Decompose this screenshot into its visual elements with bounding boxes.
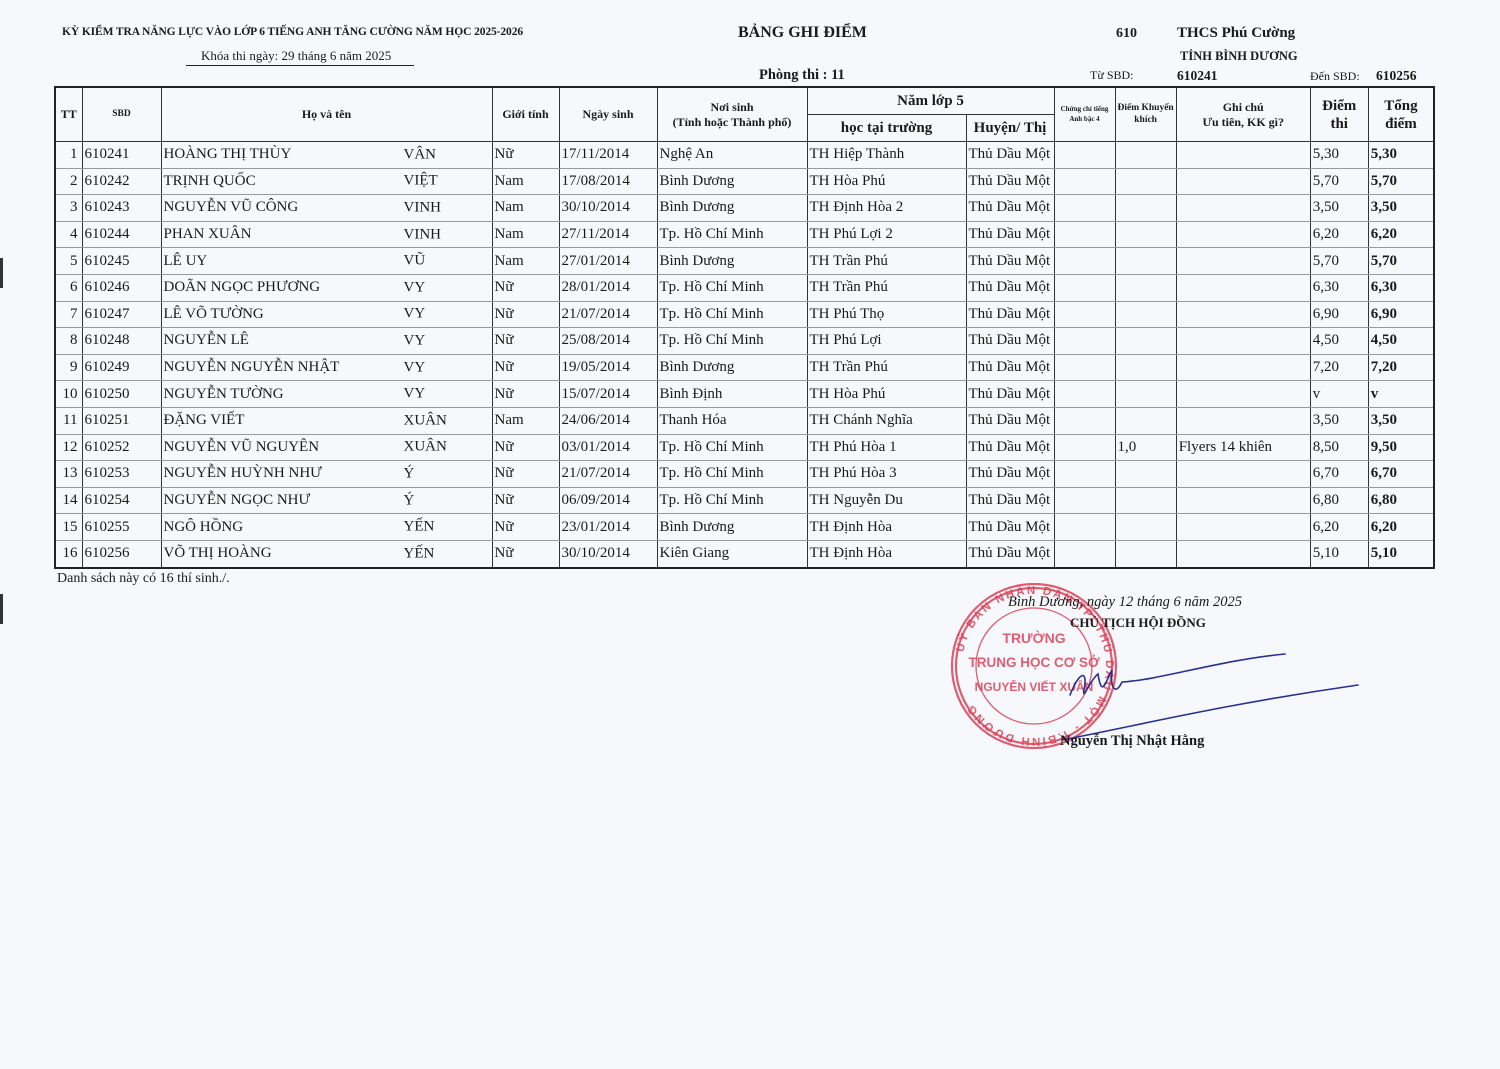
cell-note bbox=[1176, 487, 1310, 514]
cell-grade5-district: Thủ Dầu Một bbox=[966, 142, 1054, 169]
cell-bonus bbox=[1115, 461, 1176, 488]
cell-dob: 19/05/2014 bbox=[559, 354, 657, 381]
cell-tt: 3 bbox=[55, 195, 82, 222]
cell-dob: 21/07/2014 bbox=[559, 461, 657, 488]
cell-note bbox=[1176, 514, 1310, 541]
cell-sbd: 610252 bbox=[82, 434, 161, 461]
cell-bonus bbox=[1115, 407, 1176, 434]
cell-tt: 13 bbox=[55, 461, 82, 488]
cell-last-middle-name: NGUYỄN LÊ bbox=[164, 332, 249, 349]
cell-exam-score: 5,10 bbox=[1310, 540, 1368, 567]
cell-tt: 8 bbox=[55, 328, 82, 355]
col-header-exam-score-line2: thi bbox=[1313, 115, 1366, 133]
cell-full-name: TRỊNH QUỐC VIỆT bbox=[161, 168, 492, 195]
cell-sbd: 610256 bbox=[82, 540, 161, 567]
cell-total: 6,30 bbox=[1368, 274, 1434, 301]
cell-full-name: VÕ THỊ HOÀNG YẾN bbox=[161, 540, 492, 567]
cell-bonus bbox=[1115, 381, 1176, 408]
cell-bonus bbox=[1115, 328, 1176, 355]
cell-grade5-school: TH Trần Phú bbox=[807, 354, 966, 381]
cell-full-name: NGUYỄN NGỌC NHƯ Ý bbox=[161, 487, 492, 514]
cell-last-middle-name: NGUYỄN VŨ CÔNG bbox=[164, 199, 299, 216]
cell-gender: Nữ bbox=[492, 434, 559, 461]
cell-note bbox=[1176, 381, 1310, 408]
cell-exam-score: 3,50 bbox=[1310, 195, 1368, 222]
cell-bonus bbox=[1115, 301, 1176, 328]
cell-certificate bbox=[1054, 301, 1115, 328]
cell-dob: 17/08/2014 bbox=[559, 168, 657, 195]
cell-birthplace: Tp. Hồ Chí Minh bbox=[657, 301, 807, 328]
cell-exam-score: 6,80 bbox=[1310, 487, 1368, 514]
cell-grade5-district: Thủ Dầu Một bbox=[966, 514, 1054, 541]
cell-grade5-district: Thủ Dầu Một bbox=[966, 221, 1054, 248]
cell-grade5-school: TH Phú Hòa 1 bbox=[807, 434, 966, 461]
cell-grade5-school: TH Hòa Phú bbox=[807, 381, 966, 408]
cell-certificate bbox=[1054, 354, 1115, 381]
cell-total: 6,80 bbox=[1368, 487, 1434, 514]
cell-total: 5,10 bbox=[1368, 540, 1434, 567]
cell-gender: Nam bbox=[492, 248, 559, 275]
cell-total: 7,20 bbox=[1368, 354, 1434, 381]
col-header-note-line1: Ghi chú bbox=[1179, 100, 1308, 114]
cell-birthplace: Bình Dương bbox=[657, 354, 807, 381]
cell-tt: 12 bbox=[55, 434, 82, 461]
cell-birthplace: Tp. Hồ Chí Minh bbox=[657, 274, 807, 301]
cell-sbd: 610247 bbox=[82, 301, 161, 328]
cell-given-name: VY bbox=[404, 386, 426, 403]
scan-edge-mark bbox=[0, 258, 3, 288]
cell-dob: 03/01/2014 bbox=[559, 434, 657, 461]
cell-grade5-school: TH Định Hòa bbox=[807, 514, 966, 541]
cell-dob: 06/09/2014 bbox=[559, 487, 657, 514]
cell-tt: 4 bbox=[55, 221, 82, 248]
sheet-title: BẢNG GHI ĐIỂM bbox=[738, 24, 867, 42]
cell-total: 9,50 bbox=[1368, 434, 1434, 461]
cell-tt: 2 bbox=[55, 168, 82, 195]
cell-birthplace: Nghệ An bbox=[657, 142, 807, 169]
cell-dob: 24/06/2014 bbox=[559, 407, 657, 434]
province: TỈNH BÌNH DƯƠNG bbox=[1180, 49, 1298, 64]
cell-bonus bbox=[1115, 221, 1176, 248]
cell-exam-score: 7,20 bbox=[1310, 354, 1368, 381]
cell-certificate bbox=[1054, 142, 1115, 169]
cell-certificate bbox=[1054, 434, 1115, 461]
cell-note bbox=[1176, 328, 1310, 355]
table-row: 2 610242 TRỊNH QUỐC VIỆT Nam 17/08/2014 … bbox=[55, 168, 1434, 195]
scan-edge-mark bbox=[0, 594, 3, 624]
cell-grade5-school: TH Định Hòa bbox=[807, 540, 966, 567]
cell-sbd: 610254 bbox=[82, 487, 161, 514]
cell-birthplace: Bình Dương bbox=[657, 248, 807, 275]
cell-bonus bbox=[1115, 142, 1176, 169]
cell-full-name: LÊ VÕ TƯỜNG VY bbox=[161, 301, 492, 328]
col-header-note-line2: Ưu tiên, KK gì? bbox=[1179, 115, 1308, 129]
cell-gender: Nữ bbox=[492, 381, 559, 408]
cell-given-name: YẾN bbox=[404, 519, 435, 536]
cell-given-name: VY bbox=[404, 332, 426, 349]
cell-sbd: 610255 bbox=[82, 514, 161, 541]
col-header-birthplace: Nơi sinh (Tỉnh hoặc Thành phố) bbox=[657, 87, 807, 142]
cell-gender: Nữ bbox=[492, 461, 559, 488]
cell-last-middle-name: NGUYỄN NGỌC NHƯ bbox=[164, 492, 311, 509]
cell-grade5-district: Thủ Dầu Một bbox=[966, 354, 1054, 381]
score-table: TT SBD Họ và tên Giới tính Ngày sinh Nơi… bbox=[54, 86, 1435, 569]
cell-tt: 6 bbox=[55, 274, 82, 301]
cell-certificate bbox=[1054, 221, 1115, 248]
cell-full-name: PHAN XUÂN VINH bbox=[161, 221, 492, 248]
cell-note bbox=[1176, 248, 1310, 275]
cell-birthplace: Tp. Hồ Chí Minh bbox=[657, 461, 807, 488]
table-row: 7 610247 LÊ VÕ TƯỜNG VY Nữ 21/07/2014 Tp… bbox=[55, 301, 1434, 328]
cell-tt: 14 bbox=[55, 487, 82, 514]
cell-exam-score: 6,90 bbox=[1310, 301, 1368, 328]
cell-note bbox=[1176, 301, 1310, 328]
cell-full-name: NGUYỄN VŨ CÔNG VINH bbox=[161, 195, 492, 222]
col-header-bonus-line2: khích bbox=[1118, 115, 1174, 126]
cell-given-name: VINH bbox=[404, 226, 442, 243]
cell-birthplace: Tp. Hồ Chí Minh bbox=[657, 328, 807, 355]
cell-dob: 17/11/2014 bbox=[559, 142, 657, 169]
cell-bonus bbox=[1115, 540, 1176, 567]
cell-gender: Nam bbox=[492, 195, 559, 222]
cell-dob: 27/01/2014 bbox=[559, 248, 657, 275]
cell-grade5-district: Thủ Dầu Một bbox=[966, 434, 1054, 461]
cell-bonus bbox=[1115, 274, 1176, 301]
cell-exam-score: 5,70 bbox=[1310, 168, 1368, 195]
cell-note bbox=[1176, 407, 1310, 434]
cell-exam-score: 6,70 bbox=[1310, 461, 1368, 488]
table-row: 10 610250 NGUYỄN TƯỜNG VY Nữ 15/07/2014 … bbox=[55, 381, 1434, 408]
cell-last-middle-name: VÕ THỊ HOÀNG bbox=[164, 545, 272, 562]
cell-birthplace: Tp. Hồ Chí Minh bbox=[657, 487, 807, 514]
table-row: 16 610256 VÕ THỊ HOÀNG YẾN Nữ 30/10/2014… bbox=[55, 540, 1434, 567]
cell-last-middle-name: HOÀNG THỊ THÙY bbox=[164, 146, 292, 163]
council-code: 610 bbox=[1116, 26, 1137, 42]
table-row: 13 610253 NGUYỄN HUỲNH NHƯ Ý Nữ 21/07/20… bbox=[55, 461, 1434, 488]
cell-gender: Nam bbox=[492, 221, 559, 248]
cell-sbd: 610243 bbox=[82, 195, 161, 222]
table-row: 5 610245 LÊ UY VŨ Nam 27/01/2014 Bình Dư… bbox=[55, 248, 1434, 275]
cell-grade5-school: TH Phú Hòa 3 bbox=[807, 461, 966, 488]
cell-given-name: VY bbox=[404, 359, 426, 376]
cell-dob: 25/08/2014 bbox=[559, 328, 657, 355]
cell-dob: 28/01/2014 bbox=[559, 274, 657, 301]
cell-dob: 30/10/2014 bbox=[559, 195, 657, 222]
cell-exam-score: v bbox=[1310, 381, 1368, 408]
cell-gender: Nữ bbox=[492, 142, 559, 169]
cell-grade5-district: Thủ Dầu Một bbox=[966, 248, 1054, 275]
cell-tt: 7 bbox=[55, 301, 82, 328]
cell-gender: Nữ bbox=[492, 540, 559, 567]
cell-note bbox=[1176, 168, 1310, 195]
cell-gender: Nữ bbox=[492, 354, 559, 381]
cell-birthplace: Bình Định bbox=[657, 381, 807, 408]
cell-tt: 1 bbox=[55, 142, 82, 169]
cell-note bbox=[1176, 540, 1310, 567]
col-header-full-name: Họ và tên bbox=[161, 87, 492, 142]
col-header-grade5-school: học tại trường bbox=[807, 115, 966, 142]
cell-given-name: VÂN bbox=[404, 146, 437, 163]
cell-certificate bbox=[1054, 514, 1115, 541]
cell-full-name: NGUYỄN TƯỜNG VY bbox=[161, 381, 492, 408]
col-header-gender: Giới tính bbox=[492, 87, 559, 142]
cell-bonus bbox=[1115, 354, 1176, 381]
cell-note bbox=[1176, 461, 1310, 488]
cell-birthplace: Tp. Hồ Chí Minh bbox=[657, 434, 807, 461]
cell-full-name: HOÀNG THỊ THÙY VÂN bbox=[161, 142, 492, 169]
cell-dob: 30/10/2014 bbox=[559, 540, 657, 567]
cell-certificate bbox=[1054, 248, 1115, 275]
exam-date: Khóa thi ngày: 29 tháng 6 năm 2025 bbox=[186, 48, 414, 66]
cell-last-middle-name: LÊ VÕ TƯỜNG bbox=[164, 306, 264, 323]
cell-grade5-school: TH Hòa Phú bbox=[807, 168, 966, 195]
cell-sbd: 610246 bbox=[82, 274, 161, 301]
table-row: 12 610252 NGUYỄN VŨ NGUYÊN XUÂN Nữ 03/01… bbox=[55, 434, 1434, 461]
table-row: 4 610244 PHAN XUÂN VINH Nam 27/11/2014 T… bbox=[55, 221, 1434, 248]
cell-given-name: VIỆT bbox=[404, 173, 438, 190]
cell-grade5-school: TH Định Hòa 2 bbox=[807, 195, 966, 222]
cell-certificate bbox=[1054, 407, 1115, 434]
cell-sbd: 610251 bbox=[82, 407, 161, 434]
cell-sbd: 610248 bbox=[82, 328, 161, 355]
cell-tt: 9 bbox=[55, 354, 82, 381]
cell-dob: 23/01/2014 bbox=[559, 514, 657, 541]
cell-last-middle-name: DOÃN NGỌC PHƯƠNG bbox=[164, 279, 321, 296]
cell-certificate bbox=[1054, 461, 1115, 488]
col-header-certificate: Chứng chỉ tiếng Anh bậc 4 bbox=[1054, 87, 1115, 142]
sign-place-date: Bình Dương, ngày 12 tháng 6 năm 2025 bbox=[1008, 594, 1242, 611]
exam-room: Phòng thi : 11 bbox=[759, 67, 845, 84]
cell-note bbox=[1176, 195, 1310, 222]
cell-bonus bbox=[1115, 514, 1176, 541]
cell-grade5-district: Thủ Dầu Một bbox=[966, 461, 1054, 488]
cell-grade5-school: TH Trần Phú bbox=[807, 274, 966, 301]
cell-last-middle-name: NGUYỄN VŨ NGUYÊN bbox=[164, 439, 320, 456]
table-row: 11 610251 ĐẶNG VIẾT XUÂN Nam 24/06/2014 … bbox=[55, 407, 1434, 434]
cell-given-name: VY bbox=[404, 279, 426, 296]
cell-grade5-district: Thủ Dầu Một bbox=[966, 195, 1054, 222]
cell-gender: Nữ bbox=[492, 487, 559, 514]
table-row: 14 610254 NGUYỄN NGỌC NHƯ Ý Nữ 06/09/201… bbox=[55, 487, 1434, 514]
cell-birthplace: Tp. Hồ Chí Minh bbox=[657, 221, 807, 248]
cell-tt: 5 bbox=[55, 248, 82, 275]
cell-tt: 15 bbox=[55, 514, 82, 541]
table-row: 3 610243 NGUYỄN VŨ CÔNG VINH Nam 30/10/2… bbox=[55, 195, 1434, 222]
table-body: 1 610241 HOÀNG THỊ THÙY VÂN Nữ 17/11/201… bbox=[55, 142, 1434, 568]
cell-full-name: NGUYỄN VŨ NGUYÊN XUÂN bbox=[161, 434, 492, 461]
cell-certificate bbox=[1054, 540, 1115, 567]
cell-grade5-district: Thủ Dầu Một bbox=[966, 487, 1054, 514]
col-header-note: Ghi chú Ưu tiên, KK gì? bbox=[1176, 87, 1310, 142]
col-header-total: Tổng điểm bbox=[1368, 87, 1434, 142]
cell-birthplace: Thanh Hóa bbox=[657, 407, 807, 434]
cell-sbd: 610249 bbox=[82, 354, 161, 381]
cell-gender: Nữ bbox=[492, 328, 559, 355]
cell-grade5-district: Thủ Dầu Một bbox=[966, 540, 1054, 567]
col-header-total-line2: điểm bbox=[1371, 115, 1432, 133]
cell-total: 3,50 bbox=[1368, 407, 1434, 434]
to-sbd-value: 610256 bbox=[1376, 68, 1417, 84]
cell-grade5-district: Thủ Dầu Một bbox=[966, 381, 1054, 408]
col-header-birthplace-line2: (Tỉnh hoặc Thành phố) bbox=[660, 115, 805, 129]
cell-full-name: NGÔ HỒNG YẾN bbox=[161, 514, 492, 541]
candidate-count-note: Danh sách này có 16 thí sinh./. bbox=[57, 571, 230, 587]
col-header-bonus-line1: Điểm Khuyến bbox=[1118, 103, 1174, 114]
cell-certificate bbox=[1054, 168, 1115, 195]
school-name: THCS Phú Cường bbox=[1177, 25, 1295, 42]
cell-given-name: VŨ bbox=[404, 253, 426, 270]
cell-note: Flyers 14 khiên bbox=[1176, 434, 1310, 461]
cell-grade5-school: TH Phú Lợi 2 bbox=[807, 221, 966, 248]
cell-certificate bbox=[1054, 195, 1115, 222]
cell-last-middle-name: PHAN XUÂN bbox=[164, 226, 252, 243]
cell-total: v bbox=[1368, 381, 1434, 408]
col-header-grade5-group: Năm lớp 5 bbox=[807, 87, 1054, 115]
cell-total: 6,20 bbox=[1368, 514, 1434, 541]
cell-grade5-district: Thủ Dầu Một bbox=[966, 301, 1054, 328]
cell-last-middle-name: NGUYỄN HUỲNH NHƯ bbox=[164, 465, 322, 482]
col-header-dob: Ngày sinh bbox=[559, 87, 657, 142]
cell-sbd: 610245 bbox=[82, 248, 161, 275]
cell-last-middle-name: NGUYỄN NGUYỄN NHẬT bbox=[164, 359, 340, 376]
cell-last-middle-name: LÊ UY bbox=[164, 253, 208, 270]
table-row: 1 610241 HOÀNG THỊ THÙY VÂN Nữ 17/11/201… bbox=[55, 142, 1434, 169]
cell-full-name: NGUYỄN HUỲNH NHƯ Ý bbox=[161, 461, 492, 488]
cell-grade5-school: TH Phú Thọ bbox=[807, 301, 966, 328]
cell-certificate bbox=[1054, 381, 1115, 408]
cell-birthplace: Kiên Giang bbox=[657, 540, 807, 567]
col-header-tt: TT bbox=[55, 87, 82, 142]
cell-exam-score: 6,30 bbox=[1310, 274, 1368, 301]
cell-total: 5,70 bbox=[1368, 248, 1434, 275]
cell-bonus bbox=[1115, 487, 1176, 514]
cell-tt: 11 bbox=[55, 407, 82, 434]
cell-dob: 21/07/2014 bbox=[559, 301, 657, 328]
cell-grade5-school: TH Nguyễn Du bbox=[807, 487, 966, 514]
cell-last-middle-name: TRỊNH QUỐC bbox=[164, 173, 256, 190]
cell-total: 6,70 bbox=[1368, 461, 1434, 488]
cell-grade5-district: Thủ Dầu Một bbox=[966, 328, 1054, 355]
cell-dob: 15/07/2014 bbox=[559, 381, 657, 408]
cell-full-name: NGUYỄN LÊ VY bbox=[161, 328, 492, 355]
cell-gender: Nam bbox=[492, 407, 559, 434]
cell-last-middle-name: ĐẶNG VIẾT bbox=[164, 412, 245, 429]
cell-gender: Nữ bbox=[492, 274, 559, 301]
cell-gender: Nam bbox=[492, 168, 559, 195]
cell-certificate bbox=[1054, 487, 1115, 514]
cell-total: 3,50 bbox=[1368, 195, 1434, 222]
cell-grade5-district: Thủ Dầu Một bbox=[966, 407, 1054, 434]
cell-full-name: DOÃN NGỌC PHƯƠNG VY bbox=[161, 274, 492, 301]
cell-last-middle-name: NGÔ HỒNG bbox=[164, 519, 244, 536]
cell-tt: 16 bbox=[55, 540, 82, 567]
table-row: 9 610249 NGUYỄN NGUYỄN NHẬT VY Nữ 19/05/… bbox=[55, 354, 1434, 381]
table-row: 6 610246 DOÃN NGỌC PHƯƠNG VY Nữ 28/01/20… bbox=[55, 274, 1434, 301]
cell-exam-score: 5,30 bbox=[1310, 142, 1368, 169]
cell-total: 5,70 bbox=[1368, 168, 1434, 195]
cell-note bbox=[1176, 354, 1310, 381]
cell-note bbox=[1176, 142, 1310, 169]
cell-note bbox=[1176, 221, 1310, 248]
cell-sbd: 610244 bbox=[82, 221, 161, 248]
cell-bonus: 1,0 bbox=[1115, 434, 1176, 461]
cell-bonus bbox=[1115, 195, 1176, 222]
cell-exam-score: 4,50 bbox=[1310, 328, 1368, 355]
cell-tt: 10 bbox=[55, 381, 82, 408]
sign-title: CHỦ TỊCH HỘI ĐỒNG bbox=[1070, 615, 1206, 631]
cell-full-name: LÊ UY VŨ bbox=[161, 248, 492, 275]
cell-given-name: VINH bbox=[404, 199, 442, 216]
to-sbd-label: Đến SBD: bbox=[1310, 69, 1360, 84]
cell-gender: Nữ bbox=[492, 301, 559, 328]
col-header-sbd: SBD bbox=[82, 87, 161, 142]
cell-sbd: 610242 bbox=[82, 168, 161, 195]
cell-total: 4,50 bbox=[1368, 328, 1434, 355]
cell-certificate bbox=[1054, 274, 1115, 301]
cell-given-name: Ý bbox=[404, 492, 415, 509]
cell-grade5-district: Thủ Dầu Một bbox=[966, 168, 1054, 195]
cell-exam-score: 6,20 bbox=[1310, 221, 1368, 248]
col-header-birthplace-line1: Nơi sinh bbox=[660, 100, 805, 114]
col-header-grade5-district: Huyện/ Thị bbox=[966, 115, 1054, 142]
cell-birthplace: Bình Dương bbox=[657, 514, 807, 541]
table-row: 15 610255 NGÔ HỒNG YẾN Nữ 23/01/2014 Bìn… bbox=[55, 514, 1434, 541]
cell-given-name: Ý bbox=[404, 465, 415, 482]
cell-given-name: XUÂN bbox=[404, 439, 447, 456]
cell-given-name: VY bbox=[404, 306, 426, 323]
cell-gender: Nữ bbox=[492, 514, 559, 541]
from-sbd-value: 610241 bbox=[1177, 68, 1218, 84]
col-header-exam-score-line1: Điểm bbox=[1313, 97, 1366, 115]
from-sbd-label: Từ SBD: bbox=[1090, 68, 1134, 83]
cell-exam-score: 5,70 bbox=[1310, 248, 1368, 275]
cell-grade5-school: TH Hiệp Thành bbox=[807, 142, 966, 169]
col-header-bonus: Điểm Khuyến khích bbox=[1115, 87, 1176, 142]
col-header-certificate-line1: Chứng chỉ tiếng bbox=[1057, 105, 1113, 114]
cell-exam-score: 8,50 bbox=[1310, 434, 1368, 461]
cell-certificate bbox=[1054, 328, 1115, 355]
cell-grade5-district: Thủ Dầu Một bbox=[966, 274, 1054, 301]
table-row: 8 610248 NGUYỄN LÊ VY Nữ 25/08/2014 Tp. … bbox=[55, 328, 1434, 355]
cell-full-name: NGUYỄN NGUYỄN NHẬT VY bbox=[161, 354, 492, 381]
cell-birthplace: Bình Dương bbox=[657, 195, 807, 222]
cell-exam-score: 3,50 bbox=[1310, 407, 1368, 434]
exam-title: KỲ KIỂM TRA NĂNG LỰC VÀO LỚP 6 TIẾNG ANH… bbox=[62, 26, 523, 38]
cell-grade5-school: TH Chánh Nghĩa bbox=[807, 407, 966, 434]
col-header-total-line1: Tổng bbox=[1371, 97, 1432, 115]
cell-exam-score: 6,20 bbox=[1310, 514, 1368, 541]
cell-given-name: XUÂN bbox=[404, 412, 447, 429]
col-header-certificate-line2: Anh bậc 4 bbox=[1057, 115, 1113, 124]
cell-dob: 27/11/2014 bbox=[559, 221, 657, 248]
cell-grade5-school: TH Phú Lợi bbox=[807, 328, 966, 355]
cell-full-name: ĐẶNG VIẾT XUÂN bbox=[161, 407, 492, 434]
cell-given-name: YẾN bbox=[404, 545, 435, 562]
cell-grade5-school: TH Trần Phú bbox=[807, 248, 966, 275]
cell-sbd: 610253 bbox=[82, 461, 161, 488]
cell-total: 6,20 bbox=[1368, 221, 1434, 248]
cell-last-middle-name: NGUYỄN TƯỜNG bbox=[164, 386, 284, 403]
cell-total: 6,90 bbox=[1368, 301, 1434, 328]
cell-bonus bbox=[1115, 168, 1176, 195]
col-header-exam-score: Điểm thi bbox=[1310, 87, 1368, 142]
signer-name: Nguyễn Thị Nhật Hằng bbox=[1060, 733, 1204, 750]
cell-birthplace: Bình Dương bbox=[657, 168, 807, 195]
cell-note bbox=[1176, 274, 1310, 301]
cell-sbd: 610241 bbox=[82, 142, 161, 169]
cell-sbd: 610250 bbox=[82, 381, 161, 408]
cell-total: 5,30 bbox=[1368, 142, 1434, 169]
